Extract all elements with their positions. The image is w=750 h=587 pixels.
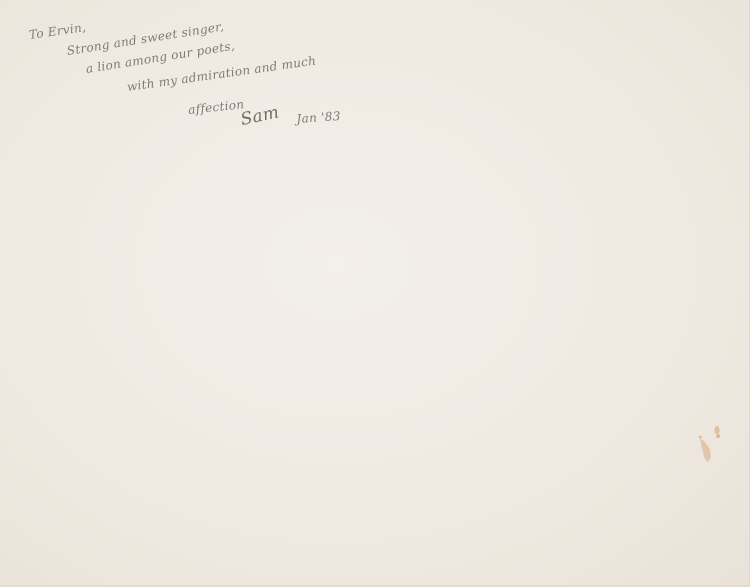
- inscription-line-1: To Ervin,: [28, 20, 87, 42]
- paper-sheet: To Ervin, Strong and sweet singer, a lio…: [0, 0, 750, 587]
- signature: Sam: [239, 102, 281, 130]
- inscription-date: Jan '83: [296, 109, 341, 126]
- inscription-line-5: affection: [188, 97, 245, 117]
- stain-mark: [696, 424, 726, 464]
